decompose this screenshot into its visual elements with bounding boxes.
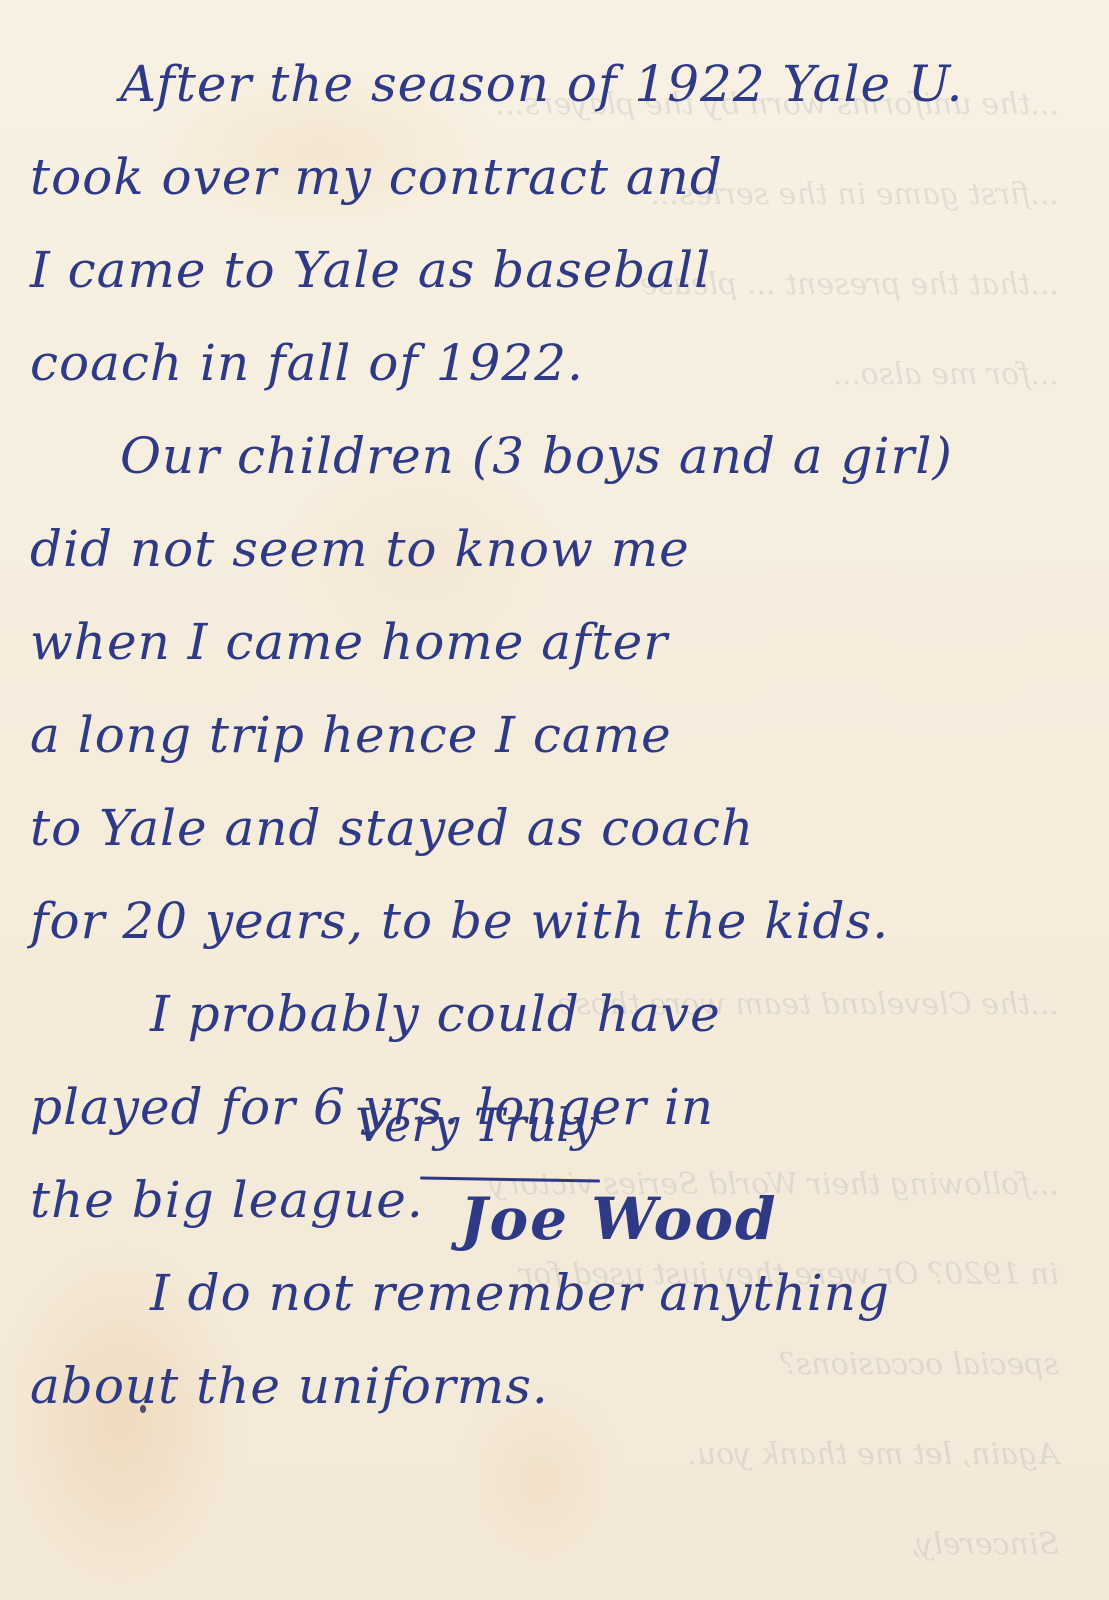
paragraph-1: After the season of 1922 Yale U. took ov… — [30, 38, 1080, 410]
letter-line: I came to Yale as baseball — [30, 224, 1080, 317]
paragraph-2: Our children (3 boys and a girl) did not… — [30, 410, 1080, 968]
letter-line: about the uniforms. — [30, 1340, 1080, 1433]
letter-line: Our children (3 boys and a girl) — [30, 410, 1080, 503]
signature: Joe Wood — [460, 1185, 778, 1253]
letter-line: when I came home after — [30, 596, 1080, 689]
letter-line: a long trip hence I came — [30, 689, 1080, 782]
letter-line: for 20 years, to be with the kids. — [30, 875, 1080, 968]
letter-line: I do not remember anything — [30, 1247, 1080, 1340]
letter-closing: Very Truly — [355, 1098, 597, 1152]
letter-line: took over my contract and — [30, 131, 1080, 224]
paragraph-4: I do not remember anything about the uni… — [30, 1247, 1080, 1433]
letter-line: to Yale and stayed as coach — [30, 782, 1080, 875]
letter-line: did not seem to know me — [30, 503, 1080, 596]
letter-line: I probably could have — [30, 968, 1080, 1061]
ink-speck — [140, 1405, 146, 1413]
letter-line: After the season of 1922 Yale U. — [30, 38, 1080, 131]
letter-line: coach in fall of 1922. — [30, 317, 1080, 410]
